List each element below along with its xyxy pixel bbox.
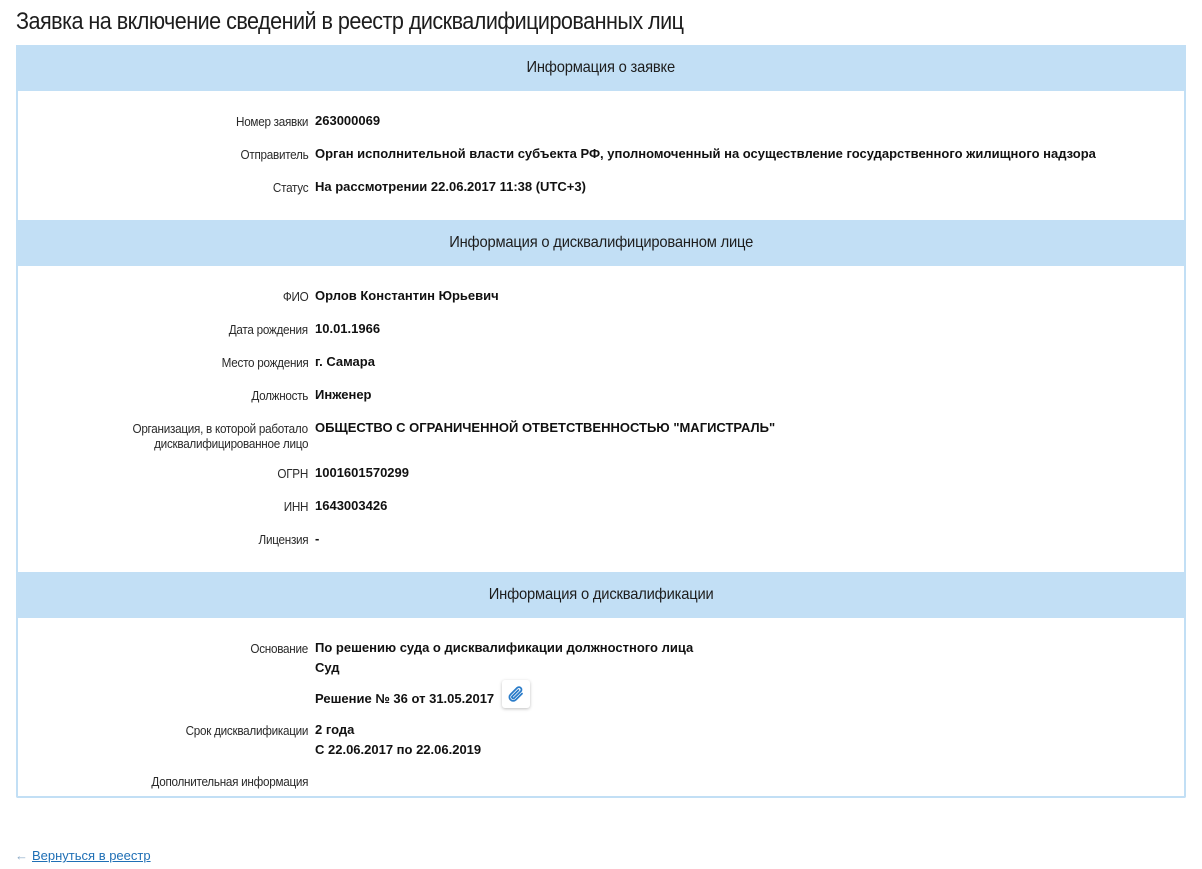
arrow-left-icon: ←	[15, 848, 28, 863]
field-label: Дата рождения	[229, 322, 308, 337]
page-title: Заявка на включение сведений в реестр ди…	[16, 8, 683, 36]
field-label: ФИО	[282, 289, 308, 304]
field-label: ОГРН	[277, 466, 308, 481]
section-body-person: ФИО Орлов Константин Юрьевич Дата рожден…	[18, 266, 1184, 572]
basis-document: Решение № 36 от 31.05.2017	[315, 680, 693, 708]
full-name: Орлов Константин Юрьевич	[315, 287, 499, 305]
birth-date: 10.01.1966	[315, 320, 380, 338]
row-license: Лицензия -	[18, 532, 1184, 550]
section-header-disqualification: Информация о дисквалификации	[18, 572, 1184, 618]
row-full-name: ФИО Орлов Константин Юрьевич	[18, 289, 1184, 307]
basis-text: По решению суда о дисквалификации должно…	[315, 639, 693, 657]
row-status: Статус На рассмотрении 22.06.2017 11:38 …	[18, 180, 1184, 198]
term: 2 года С 22.06.2017 по 22.06.2019	[315, 721, 481, 759]
field-label: дисквалифицированное лицо	[154, 436, 308, 451]
section-title: Информация о дисквалифицированном лице	[449, 234, 753, 252]
sender: Орган исполнительной власти субъекта РФ,…	[315, 145, 1096, 163]
birth-place: г. Самара	[315, 353, 375, 371]
section-header-application: Информация о заявке	[18, 45, 1184, 91]
row-extra-info: Дополнительная информация	[18, 774, 1184, 792]
ogrn: 1001601570299	[315, 464, 409, 482]
section-title: Информация о заявке	[527, 59, 676, 77]
field-label: Дополнительная информация	[151, 774, 308, 789]
row-application-number: Номер заявки 263000069	[18, 114, 1184, 132]
section-title: Информация о дисквалификации	[489, 586, 714, 604]
field-label: ИНН	[283, 499, 308, 514]
application-number: 263000069	[315, 112, 380, 130]
row-birth-place: Место рождения г. Самара	[18, 355, 1184, 373]
organization: ОБЩЕСТВО С ОГРАНИЧЕННОЙ ОТВЕТСТВЕННОСТЬЮ…	[315, 419, 775, 437]
field-label: Организация, в которой работало	[133, 421, 308, 436]
document-title: Решение № 36 от 31.05.2017	[315, 691, 494, 706]
section-body-disqualification: Основание По решению суда о дисквалифика…	[18, 618, 1184, 814]
back-to-registry-link[interactable]: Вернуться в реестр	[32, 848, 151, 863]
application-panel: Информация о заявке Номер заявки 2630000…	[16, 45, 1186, 798]
row-term: Срок дисквалификации 2 года С 22.06.2017…	[18, 723, 1184, 759]
row-ogrn: ОГРН 1001601570299	[18, 466, 1184, 484]
field-label: Срок дисквалификации	[185, 723, 308, 738]
attachment-button[interactable]	[502, 680, 530, 708]
row-position: Должность Инженер	[18, 388, 1184, 406]
field-label: Лицензия	[258, 532, 308, 547]
basis-authority: Суд	[315, 659, 693, 677]
license: -	[315, 530, 319, 548]
field-label: Должность	[251, 388, 308, 403]
inn: 1643003426	[315, 497, 387, 515]
status: На рассмотрении 22.06.2017 11:38 (UTC+3)	[315, 178, 586, 196]
section-body-application: Номер заявки 263000069 Отправитель Орган…	[18, 91, 1184, 220]
field-label: Отправитель	[240, 147, 308, 162]
row-basis: Основание По решению суда о дисквалифика…	[18, 641, 1184, 708]
row-organization: Организация, в которой работало дисквали…	[18, 421, 1184, 451]
term-duration: 2 года	[315, 721, 481, 739]
field-label: Основание	[250, 641, 308, 656]
field-label: Место рождения	[221, 355, 308, 370]
paperclip-icon	[507, 685, 525, 703]
position: Инженер	[315, 386, 372, 404]
term-period: С 22.06.2017 по 22.06.2019	[315, 741, 481, 759]
section-header-person: Информация о дисквалифицированном лице	[18, 220, 1184, 266]
row-inn: ИНН 1643003426	[18, 499, 1184, 517]
row-sender: Отправитель Орган исполнительной власти …	[18, 147, 1184, 165]
row-birth-date: Дата рождения 10.01.1966	[18, 322, 1184, 340]
basis: По решению суда о дисквалификации должно…	[315, 639, 693, 708]
back-to-registry: ← Вернуться в реестр	[15, 848, 151, 863]
field-label: Статус	[273, 180, 308, 195]
field-label: Номер заявки	[236, 114, 308, 129]
